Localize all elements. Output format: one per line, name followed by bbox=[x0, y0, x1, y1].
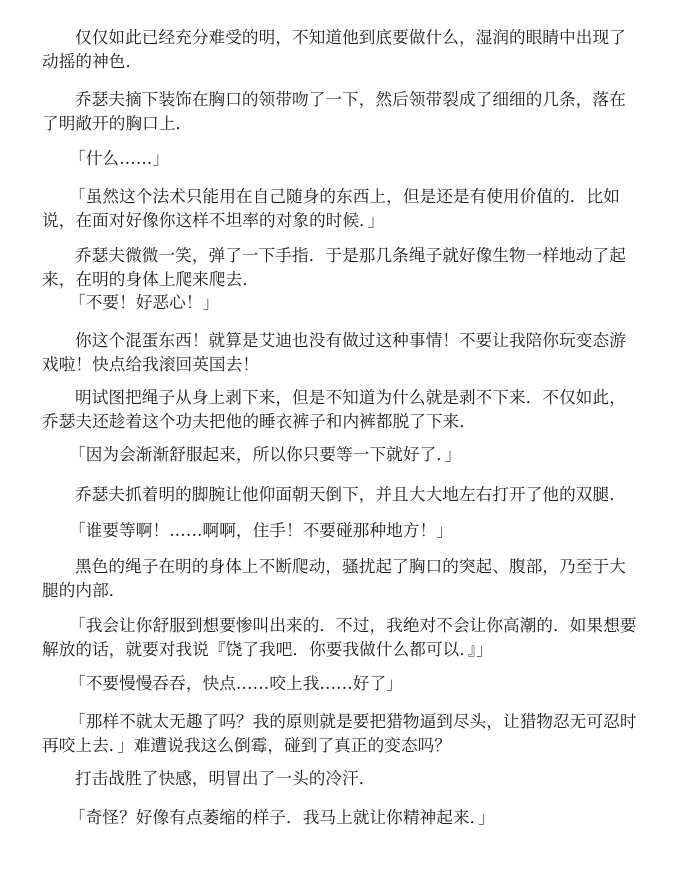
dialogue-paragraph: 「谁要等啊！……啊啊，住手！不要碰那种地方！」 bbox=[42, 519, 638, 543]
dialogue-paragraph: 「虽然这个法术只能用在自己随身的东西上，但是还是有使用价值的．比如说，在面对好像… bbox=[42, 185, 638, 233]
paragraph: 仅仅如此已经充分难受的明，不知道他到底要做什么，湿润的眼睛中出现了动摇的神色． bbox=[42, 26, 638, 74]
paragraph: 黑色的绳子在明的身体上不断爬动，骚扰起了胸口的突起、腹部，乃至于大腿的内部． bbox=[42, 555, 638, 603]
dialogue-paragraph: 「我会让你舒服到想要惨叫出来的．不过，我绝对不会让你高潮的．如果想要解放的话，就… bbox=[42, 614, 638, 662]
paragraph: 乔瑟夫微微一笑，弹了一下手指．于是那几条绳子就好像生物一样地动了起来，在明的身体… bbox=[42, 244, 638, 292]
paragraph: 乔瑟夫摘下装饰在胸口的领带吻了一下，然后领带裂成了细细的几条，落在了明敞开的胸口… bbox=[42, 88, 638, 136]
dialogue-paragraph: 「奇怪？好像有点萎缩的样子．我马上就让你精神起来．」 bbox=[42, 806, 638, 830]
dialogue-paragraph: 「因为会渐渐舒服起来，所以你只要等一下就好了．」 bbox=[42, 443, 638, 467]
paragraph: 打击战胜了快感，明冒出了一头的冷汗． bbox=[42, 767, 638, 791]
paragraph: 明试图把绳子从身上剥下来，但是不知道为什么就是剥不下来．不仅如此，乔瑟夫还趁着这… bbox=[42, 386, 638, 434]
dialogue-paragraph: 「不要慢慢吞吞，快点……咬上我……好了」 bbox=[42, 672, 638, 696]
paragraph: 你这个混蛋东西！就算是艾迪也没有做过这种事情！不要让我陪你玩变态游戏啦！快点给我… bbox=[42, 329, 638, 377]
dialogue-paragraph: 「什么……」 bbox=[42, 147, 638, 171]
dialogue-paragraph: 「不要！好恶心！」 bbox=[42, 291, 638, 315]
dialogue-paragraph: 「那样不就太无趣了吗？我的原则就是要把猎物逼到尽头，让猎物忍无可忍时再咬上去．」… bbox=[42, 710, 638, 758]
document-page: 仅仅如此已经充分难受的明，不知道他到底要做什么，湿润的眼睛中出现了动摇的神色． … bbox=[0, 0, 680, 880]
paragraph: 乔瑟夫抓着明的脚腕让他仰面朝天倒下，并且大大地左右打开了他的双腿． bbox=[42, 483, 638, 507]
